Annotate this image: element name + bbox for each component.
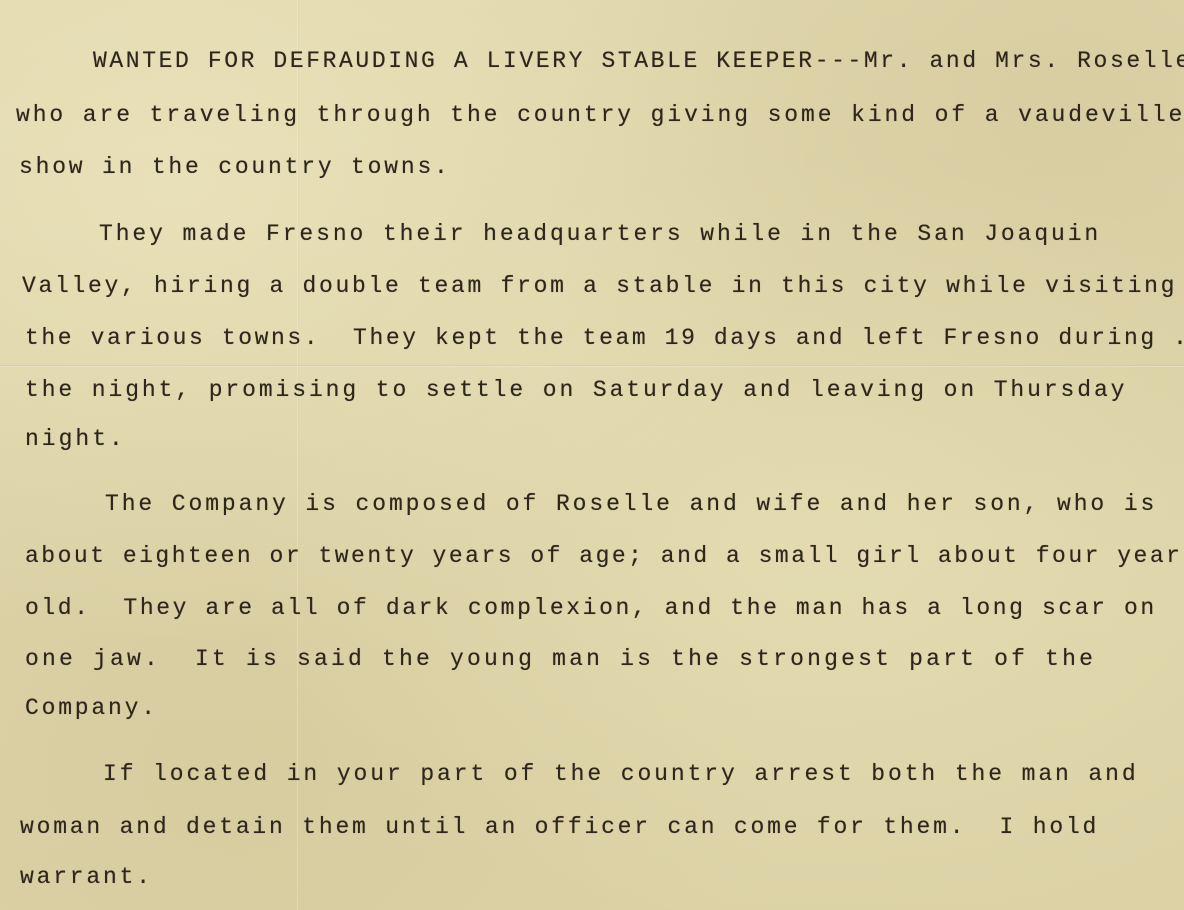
text-line: woman and detain them until an officer c… [20, 813, 1099, 841]
text-line: one jaw. It is said the young man is the… [25, 645, 1096, 673]
text-line: They made Fresno their headquarters whil… [99, 220, 1101, 248]
text-line: night. [25, 425, 126, 453]
text-line: Company. [25, 694, 158, 722]
text-line: The Company is composed of Roselle and w… [105, 490, 1157, 518]
text-line: If located in your part of the country a… [103, 760, 1139, 788]
typewritten-document: WANTED FOR DEFRAUDING A LIVERY STABLE KE… [0, 0, 1184, 910]
text-line: warrant. [20, 863, 153, 891]
text-line: about eighteen or twenty years of age; a… [25, 542, 1184, 570]
text-line: old. They are all of dark complexion, an… [25, 594, 1157, 622]
text-line: Valley, hiring a double team from a stab… [22, 272, 1177, 300]
text-line: the night, promising to settle on Saturd… [25, 376, 1127, 404]
text-line: WANTED FOR DEFRAUDING A LIVERY STABLE KE… [93, 47, 1184, 75]
text-line: who are traveling through the country gi… [16, 101, 1184, 129]
text-line: the various towns. They kept the team 19… [25, 324, 1184, 352]
text-line: show in the country towns. [19, 153, 451, 181]
